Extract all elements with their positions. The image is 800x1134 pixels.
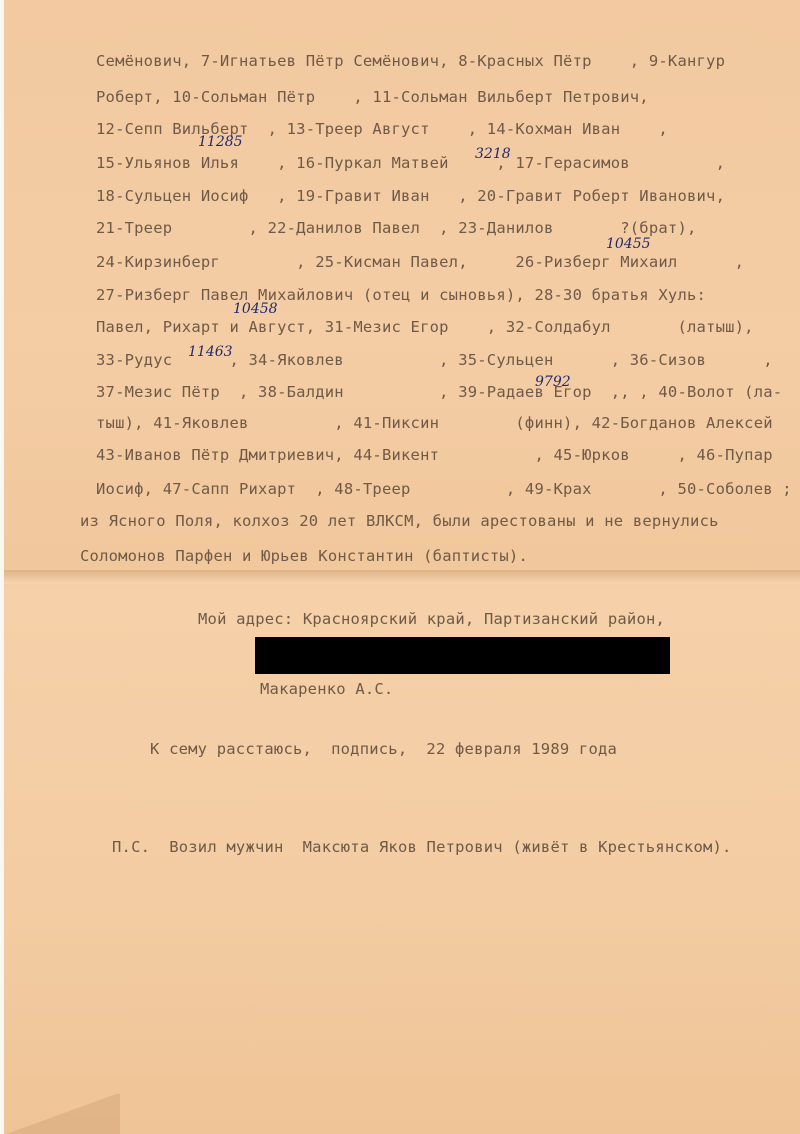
body-line: Роберт, 10-Сольман Пётр , 11-Сольман Вил… xyxy=(96,88,649,106)
body-line: Павел, Рихарт и Август, 31-Мезис Егор , … xyxy=(96,318,754,336)
body-line: 37-Мезис Пётр , 38-Балдин , 39-Радаев Ег… xyxy=(96,383,782,401)
handwritten-note: 10458 xyxy=(233,301,278,317)
body-line: из Ясного Поля, колхоз 20 лет ВЛКСМ, был… xyxy=(80,512,719,530)
body-line: Иосиф, 47-Сапп Рихарт , 48-Треер , 49-Кр… xyxy=(96,480,792,498)
handwritten-note: 10455 xyxy=(606,236,651,252)
address-line: Мой адрес: Красноярский край, Партизанск… xyxy=(198,610,665,628)
handwritten-note: 11285 xyxy=(198,134,243,150)
body-line: 15-Ульянов Илья , 16-Пуркал Матвей , 17-… xyxy=(96,154,725,172)
signature-name: Макаренко А.С. xyxy=(260,680,393,698)
folded-corner xyxy=(0,1094,120,1134)
body-line: 12-Сепп Вильберт , 13-Треер Август , 14-… xyxy=(96,120,668,138)
body-line: 18-Сульцен Иосиф , 19-Гравит Иван , 20-Г… xyxy=(96,187,725,205)
handwritten-note: 3218 xyxy=(475,146,511,162)
handwritten-note: 9792 xyxy=(535,374,571,390)
closing-line: К сему расстаюсь, подпись, 22 февраля 19… xyxy=(150,740,617,758)
body-line: Семёнович, 7-Игнатьев Пётр Семёнович, 8-… xyxy=(96,52,725,70)
body-line: 24-Кирзинберг , 25-Кисман Павел, 26-Ризб… xyxy=(96,253,744,271)
body-line: Соломонов Парфен и Юрьев Константин (бап… xyxy=(80,547,528,565)
redaction-bar xyxy=(255,637,670,674)
body-line: тыш), 41-Яковлев , 41-Пиксин (финн), 42-… xyxy=(96,414,773,432)
handwritten-note: 11463 xyxy=(188,344,233,360)
body-line: 43-Иванов Пётр Дмитриевич, 44-Викент , 4… xyxy=(96,446,773,464)
postscript: П.С. Возил мужчин Максюта Яков Петрович … xyxy=(112,838,732,856)
paper-fold xyxy=(4,570,800,584)
body-line: 27-Ризберг Павел Михайлович (отец и сыно… xyxy=(96,286,706,304)
body-line: 21-Треер , 22-Данилов Павел , 23-Данилов… xyxy=(96,219,697,237)
